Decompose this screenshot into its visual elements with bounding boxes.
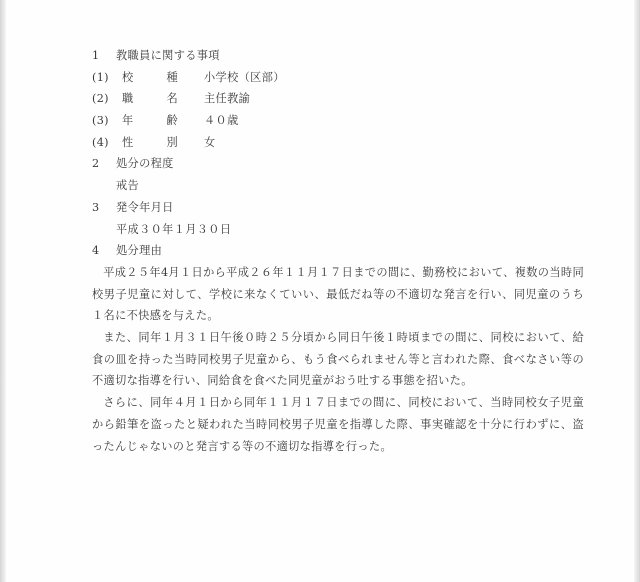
reason-paragraph: さらに、同年４月１日から同年１１月１７日までの間に、同校において、当時同校女子児… xyxy=(92,392,584,457)
section-number: 1 xyxy=(92,45,116,67)
field-label-char: 別 xyxy=(166,132,178,154)
disciplinary-notice: 1 教職員に関する事項 (1) 校 種 小学校（区部） (2) 職 名 主任教諭… xyxy=(92,45,584,457)
section-heading: 処分理由 xyxy=(116,240,162,262)
field-label-char: 性 xyxy=(122,132,134,154)
field-value: ４０歳 xyxy=(204,110,239,132)
page-edge-right xyxy=(634,0,640,582)
field-label-char: 校 xyxy=(122,67,134,89)
issue-date-value: 平成３０年１月３０日 xyxy=(116,219,231,241)
section-3-heading-row: 3 発令年月日 xyxy=(92,197,584,219)
field-number: (1) xyxy=(92,67,122,89)
field-number: (4) xyxy=(92,132,122,154)
penalty-value-row: 戒告 xyxy=(92,175,584,197)
field-value: 女 xyxy=(204,132,216,154)
section-number: 3 xyxy=(92,197,116,219)
section-number: 2 xyxy=(92,153,116,175)
penalty-value: 戒告 xyxy=(116,175,139,197)
field-value: 小学校（区部） xyxy=(204,67,285,89)
field-value: 主任教諭 xyxy=(204,88,250,110)
reason-body: 平成２５年4月１日から平成２６年１１月１７日までの間に、勤務校において、複数の当… xyxy=(92,262,584,457)
field-row-school-type: (1) 校 種 小学校（区部） xyxy=(92,67,584,89)
reason-paragraph: 平成２５年4月１日から平成２６年１１月１７日までの間に、勤務校において、複数の当… xyxy=(92,262,584,327)
field-label: 校 種 xyxy=(122,67,204,89)
field-row-position: (2) 職 名 主任教諭 xyxy=(92,88,584,110)
field-number: (2) xyxy=(92,88,122,110)
field-label: 職 名 xyxy=(122,88,204,110)
section-heading: 処分の程度 xyxy=(116,153,174,175)
field-row-gender: (4) 性 別 女 xyxy=(92,132,584,154)
section-number: 4 xyxy=(92,240,116,262)
document-page: 1 教職員に関する事項 (1) 校 種 小学校（区部） (2) 職 名 主任教諭… xyxy=(6,0,634,582)
section-heading: 発令年月日 xyxy=(116,197,174,219)
issue-date-row: 平成３０年１月３０日 xyxy=(92,219,584,241)
section-4-heading-row: 4 処分理由 xyxy=(92,240,584,262)
section-1-heading-row: 1 教職員に関する事項 xyxy=(92,45,584,67)
field-label-char: 職 xyxy=(122,88,134,110)
reason-paragraph: また、同年１月３１日午後０時２５分頃から同日午後１時頃までの間に、同校において、… xyxy=(92,327,584,392)
field-label-char: 名 xyxy=(166,88,178,110)
field-label: 年 齢 xyxy=(122,110,204,132)
field-row-age: (3) 年 齢 ４０歳 xyxy=(92,110,584,132)
field-label-char: 齢 xyxy=(166,110,178,132)
field-label-char: 年 xyxy=(122,110,134,132)
section-heading: 教職員に関する事項 xyxy=(116,45,220,67)
section-2-heading-row: 2 処分の程度 xyxy=(92,153,584,175)
field-number: (3) xyxy=(92,110,122,132)
field-label: 性 別 xyxy=(122,132,204,154)
field-label-char: 種 xyxy=(166,67,178,89)
